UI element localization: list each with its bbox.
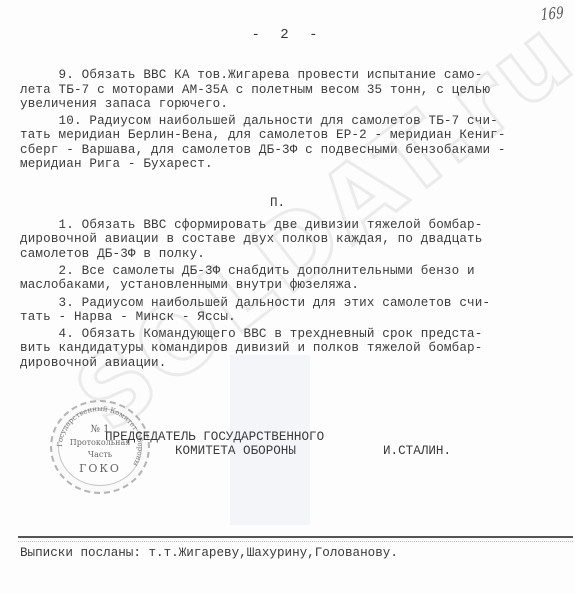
text-line: 9. Обязать ВВС КА тов.Жигарева провести … [20,68,482,82]
text-line: вить кандидатуры командиров дивизий и по… [20,341,482,355]
text-line: 2. Все самолеты ДБ-3Ф снабдить дополните… [20,264,475,278]
document-page: SOLDAT.ru 169 - 2 - 9. Обязать ВВС КА то… [0,0,575,593]
signature-name: И.СТАЛИН. [383,444,451,458]
divider-line [18,536,573,538]
text-line: увеличения запаса горючего. [20,97,228,111]
official-seal: Государственный Комитет Обороны № 1 Прот… [50,400,150,494]
distribution-note: Выписки посланы: т.т.Жигареву,Шахурину,Г… [20,546,398,560]
folio-number: 169 [540,3,564,24]
seal-line-3: ГОКО [52,462,148,475]
seal-line-2: Часть [52,450,148,459]
text-line: самолетов ДБ-3Ф в полку. [20,247,205,261]
text-line: дировочной авиации. [20,356,166,370]
signature-title-line-2: КОМИТЕТА ОБОРОНЫ [175,444,296,458]
seal-ring-icon: Государственный Комитет Обороны [52,402,148,492]
text-line: маслобаками, установленными внутри фюзел… [20,278,359,292]
text-line: 1. Обязать ВВС сформировать две дивизии … [20,218,482,232]
section-two-heading: П. [270,196,285,210]
page-number: - 2 - [0,27,575,43]
text-line: 3. Радиусом наибольшей дальности для эти… [20,296,490,310]
text-line: дировочной авиации в составе двух полков… [20,232,482,246]
signature-title-line-1: ПРЕДСЕДАТЕЛЬ ГОСУДАРСТВЕННОГО [105,430,324,444]
text-line: 4. Обязать Командующего ВВС в трехдневны… [20,327,482,341]
text-line: сберг - Варшава, для самолетов ДБ-3Ф с п… [20,143,506,157]
text-line: меридиан Рига - Бухарест. [20,157,213,171]
text-line: 10. Радиусом наибольшей дальности для са… [20,114,498,128]
text-line: тать - Нарва - Минск - Яссы. [20,310,236,324]
text-line: лета ТБ-7 с моторами АМ-35А с полетным в… [20,83,490,97]
divider-shadow [18,541,573,542]
text-line: тать меридиан Берлин-Вена, для самолетов… [20,128,506,142]
